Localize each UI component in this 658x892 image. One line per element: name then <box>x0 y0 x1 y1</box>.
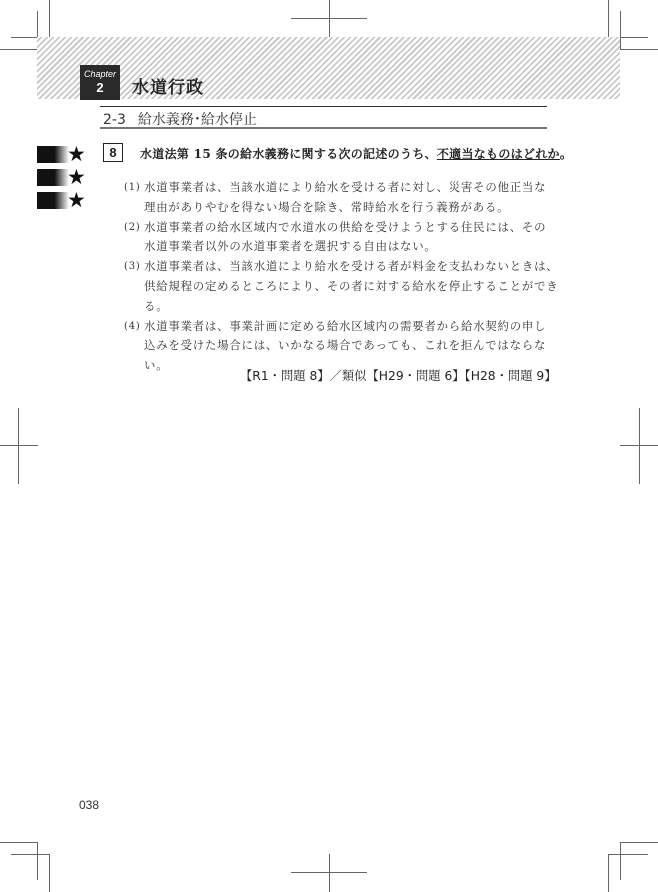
choice-number: (1) <box>124 178 144 218</box>
chapter-title: 水道行政 <box>132 73 204 98</box>
page-number: 038 <box>79 798 99 812</box>
crop-mark-bottom-left <box>0 842 38 843</box>
gradient-bar <box>37 169 69 186</box>
crop-mark-middle-left <box>0 445 38 446</box>
crop-mark-bottom-right <box>608 854 609 892</box>
chapter-header-band <box>37 37 620 99</box>
star-icon: ★ <box>67 144 86 165</box>
gradient-bar <box>37 146 69 163</box>
section-number: 2-3 <box>103 112 126 128</box>
question-prompt: 水道法第 15 条の給水義務に関する次の記述のうち、不適当なものはどれか。 <box>140 145 572 162</box>
crop-mark-top-right <box>608 0 609 38</box>
choice-text-cont: 供給規程の定めるところにより、その者に対する給水を停止することができる。 <box>144 279 558 313</box>
choice-number: (4) <box>124 317 144 376</box>
chapter-number: 2 <box>80 80 120 95</box>
choice-text: 水道事業者は、事業計画に定める給水区域内の需要者から給水契約の申し <box>144 317 564 337</box>
crop-mark-bottom-right <box>620 842 621 880</box>
chapter-badge: Chapter 2 <box>80 65 120 100</box>
question-source: 【R1・問題 8】／類似【H29・問題 6】【H28・問題 9】 <box>240 366 557 384</box>
choice-text-cont: 理由がありやむを得ない場合を除き、常時給水を行う義務がある。 <box>144 200 509 214</box>
choice-text: 水道事業者は、当該水道により給水を受ける者が料金を支払わないときは、 <box>144 257 564 277</box>
answer-choices: (1) 水道事業者は、当該水道により給水を受ける者に対し、災害その他正当な理由が… <box>124 178 564 376</box>
crop-mark-bottom-right <box>608 854 648 855</box>
crop-mark-middle-right <box>620 445 658 446</box>
choice-text-cont: 水道事業者以外の水道事業者を選択する自由はない。 <box>144 239 437 253</box>
choice-3: (3) 水道事業者は、当該水道により給水を受ける者が料金を支払わないときは、供給… <box>124 257 564 316</box>
choice-number: (3) <box>124 257 144 316</box>
choice-1: (1) 水道事業者は、当該水道により給水を受ける者に対し、災害その他正当な理由が… <box>124 178 564 218</box>
difficulty-rating: ★ ★ ★ <box>37 143 86 212</box>
chapter-label: Chapter <box>80 69 120 79</box>
crop-mark-top-right <box>620 49 658 50</box>
crop-mark-top-right <box>620 11 621 49</box>
choice-text: 水道事業者は、当該水道により給水を受ける者に対し、災害その他正当な <box>144 178 564 198</box>
section-heading: 2-3給水義務･給水停止 <box>103 109 257 129</box>
crop-mark-bottom-right <box>620 842 658 843</box>
star-icon: ★ <box>67 167 86 188</box>
crop-mark-bottom-center <box>291 872 367 873</box>
star-icon: ★ <box>67 190 86 211</box>
crop-mark-top-center <box>291 18 367 19</box>
choice-2: (2) 水道事業者の給水区域内で水道水の供給を受けようとする住民には、その水道事… <box>124 218 564 258</box>
choice-text: 水道事業者の給水区域内で水道水の供給を受けようとする住民には、その <box>144 218 564 238</box>
section-rule-bottom <box>100 127 547 129</box>
gradient-bar <box>37 192 69 209</box>
crop-mark-bottom-left <box>11 854 49 855</box>
section-rule-top <box>100 106 547 107</box>
crop-mark-bottom-left <box>37 842 38 880</box>
crop-mark-bottom-left <box>49 854 50 892</box>
question-number-box: 8 <box>103 143 123 162</box>
choice-number: (2) <box>124 218 144 258</box>
question-emphasis: 不適当なものはどれか <box>437 147 560 161</box>
question-text-end: 。 <box>560 147 572 161</box>
section-title: 給水義務･給水停止 <box>138 112 257 128</box>
question-text: 水道法第 15 条の給水義務に関する次の記述のうち、 <box>140 147 437 161</box>
